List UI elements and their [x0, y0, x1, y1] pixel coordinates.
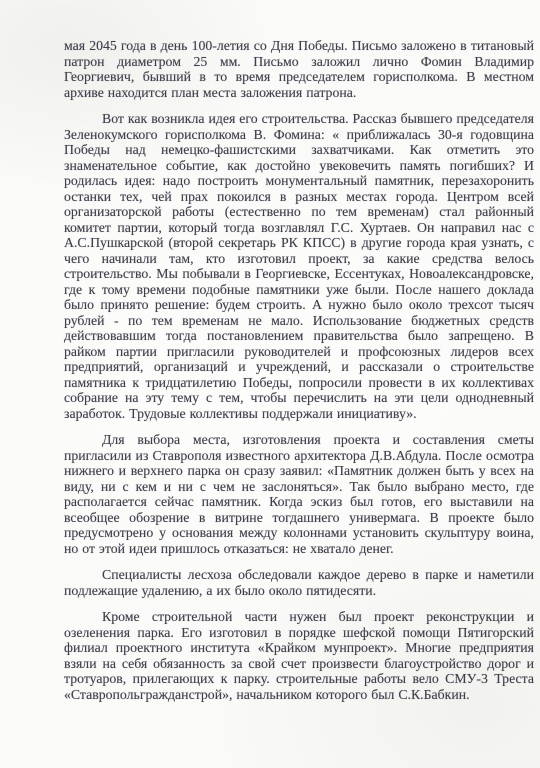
scanned-document-screenshot: { "colors": { "paper": "#fafaf8", "ink":…: [0, 0, 540, 768]
text-block: мая 2045 года в день 100-летия со Дня По…: [64, 38, 534, 713]
paragraph-idea-origin: Вот как возникла идея его строительства.…: [64, 111, 534, 421]
paragraph-forestry-survey: Специалисты лесхоза обследовали каждое д…: [64, 567, 534, 598]
paragraph-continuation: мая 2045 года в день 100-летия со Дня По…: [64, 38, 534, 100]
paragraph-site-selection: Для выбора места, изготовления проекта и…: [64, 432, 534, 556]
paragraph-park-reconstruction: Кроме строительной части нужен был проек…: [64, 609, 534, 702]
document-page: мая 2045 года в день 100-летия со Дня По…: [0, 0, 540, 768]
